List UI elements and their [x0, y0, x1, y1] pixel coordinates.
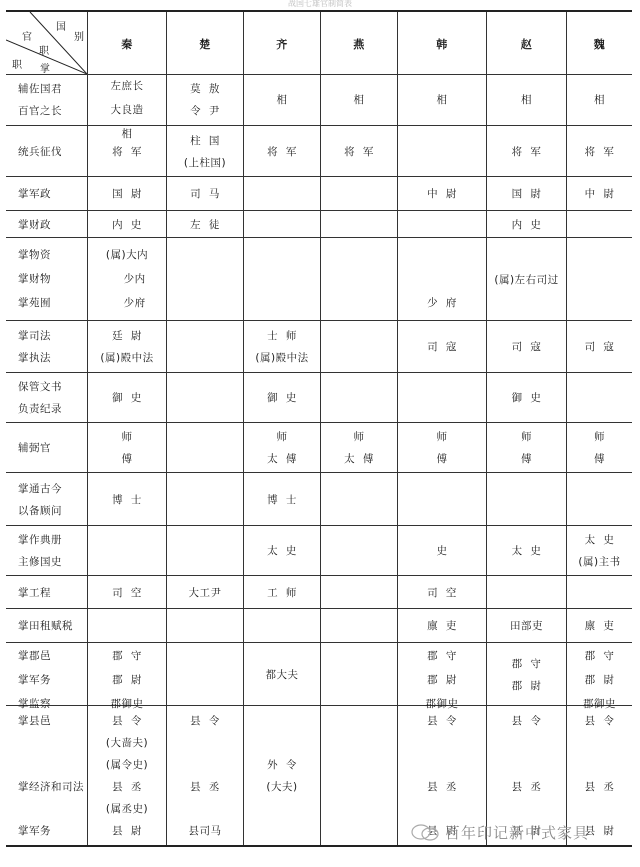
office-cell [320, 176, 397, 210]
cell-text: 太 史 [244, 543, 320, 558]
cell-text: 傅 [88, 451, 166, 466]
cell-text: 县 令 [487, 713, 566, 728]
cell-text: 内 史 [88, 217, 166, 232]
corner-label: 官 [22, 28, 32, 43]
cell-text: 士 师 [244, 328, 320, 343]
cell-text: 齐 [244, 36, 320, 52]
office-cell: 相 [320, 72, 397, 125]
cell-text: (属)大内 [88, 247, 166, 262]
office-cell: 史 [397, 525, 486, 575]
cell-text: 史 [398, 543, 486, 558]
office-cell: 内 史 [486, 210, 566, 237]
office-cell: 御 史 [243, 372, 320, 422]
duty-cell: 掌财政 [6, 210, 87, 237]
office-cell: 县 令(大啬夫)(属令史)县 丞(属丞史)县 尉 [87, 705, 166, 845]
cell-text: (属)左右司过 [487, 272, 566, 287]
cell-text: 相 [321, 92, 397, 107]
office-cell [320, 575, 397, 608]
cell-text: (属)主书 [567, 554, 632, 569]
cell-text: 太 傅 [244, 451, 320, 466]
cell-text: 廷 尉 [88, 328, 166, 343]
cell-text: 御 史 [487, 390, 566, 405]
cell-text: 太 史 [567, 532, 632, 547]
office-cell [166, 422, 243, 472]
office-cell: 司 寇 [397, 320, 486, 372]
table-row: 掌军政国 尉司 马中 尉国 尉中 尉 [6, 176, 632, 211]
duty-cell: 掌田租赋税 [6, 608, 87, 642]
office-cell: 左 徒 [166, 210, 243, 237]
table-row: 掌财政内 史左 徒内 史 [6, 210, 632, 238]
column-header-3: 齐 [243, 12, 320, 74]
cell-text: 县 令 [567, 713, 632, 728]
office-cell [566, 372, 632, 422]
duty-cell: 掌郡邑掌军务掌监察 [6, 642, 87, 705]
office-cell: 国 尉 [87, 176, 166, 210]
cell-text: 掌司法 [6, 328, 87, 343]
office-cell: 师傅 [87, 422, 166, 472]
office-cell: 莫 敖令 尹 [166, 72, 243, 125]
cell-text: 郡 尉 [88, 672, 166, 687]
office-cell: 博 士 [87, 472, 166, 525]
table-caption: 战国七雄官制简表 [0, 0, 640, 8]
cell-text: 柱 国 [167, 133, 243, 148]
cell-text: 掌郡邑 [6, 648, 87, 663]
office-cell [566, 575, 632, 608]
office-cell: 中 尉 [566, 176, 632, 210]
office-cell: 将 军 [486, 125, 566, 176]
office-cell: 相 [486, 72, 566, 125]
duty-cell: 辅弼官 [6, 422, 87, 472]
cell-text: 太 史 [487, 543, 566, 558]
cell-text: 师 [398, 429, 486, 444]
office-cell [320, 608, 397, 642]
cell-text: 县司马 [167, 823, 243, 838]
table-row: 掌田租赋税廪 吏田部吏廪 吏 [6, 608, 632, 643]
corner-label: 国 [56, 18, 66, 33]
cell-text: 莫 敖 [167, 81, 243, 96]
office-cell: 太 史(属)主书 [566, 525, 632, 575]
office-cell [397, 210, 486, 237]
cell-text: 郡 守 [398, 648, 486, 663]
office-cell [566, 210, 632, 237]
cell-text: 司 寇 [487, 339, 566, 354]
cell-text: 国 尉 [88, 186, 166, 201]
column-header-2: 楚 [166, 12, 243, 74]
cell-text: 司 空 [398, 585, 486, 600]
cell-text: 司 寇 [398, 339, 486, 354]
cell-text: 傅 [398, 451, 486, 466]
cell-text: 大良造 [88, 102, 166, 117]
office-cell: 师傅 [397, 422, 486, 472]
office-cell: 国 尉 [486, 176, 566, 210]
cell-text: 燕 [321, 36, 397, 52]
duty-cell: 保管文书负责纪录 [6, 372, 87, 422]
column-header-1: 秦 [87, 12, 166, 74]
cell-text: 郡 守 [88, 648, 166, 663]
cell-text: (大啬夫) [88, 735, 166, 750]
cell-text: 百官之长 [6, 103, 87, 118]
cell-text: (属)殿中法 [88, 350, 166, 365]
cell-text: 博 士 [88, 492, 166, 507]
office-cell [243, 237, 320, 320]
table-row: 辅佐国君百官之长左庶长大良造相莫 敖令 尹相相相相相 [6, 72, 632, 126]
cell-text: 统兵征伐 [6, 144, 87, 159]
cell-text: 司 马 [167, 186, 243, 201]
office-cell [397, 472, 486, 525]
cell-text: 县 令 [398, 713, 486, 728]
cell-text: 傅 [567, 451, 632, 466]
cell-text: 少内 [88, 271, 166, 286]
cell-text: 将 军 [321, 144, 397, 159]
office-cell [243, 608, 320, 642]
table-row: 掌郡邑掌军务掌监察郡 守郡 尉郡御史都大夫郡 守郡 尉郡御史郡 守郡 尉郡 守郡… [6, 642, 632, 706]
column-header-5: 韩 [397, 12, 486, 74]
cell-text: 将 军 [244, 144, 320, 159]
corner-header-cell: 国别官职职掌 [6, 12, 87, 74]
duty-cell: 掌军政 [6, 176, 87, 210]
office-cell: 外 令(大夫) [243, 705, 320, 845]
office-cell [397, 372, 486, 422]
cell-text: 令 尹 [167, 103, 243, 118]
office-cell [87, 608, 166, 642]
office-cell [566, 472, 632, 525]
office-cell [166, 237, 243, 320]
office-cell: 将 军 [87, 125, 166, 176]
office-cell [166, 372, 243, 422]
office-cell: 廪 吏 [397, 608, 486, 642]
cell-text: 师 [244, 429, 320, 444]
cell-text: 左庶长 [88, 78, 166, 93]
cell-text: 保管文书 [6, 379, 87, 394]
cell-text: 掌苑囿 [6, 295, 87, 310]
cell-text: 少府 [88, 295, 166, 310]
office-cell: 士 师(属)殿中法 [243, 320, 320, 372]
cell-text: 中 尉 [567, 186, 632, 201]
cell-text: 将 军 [487, 144, 566, 159]
office-cell [243, 176, 320, 210]
cell-text: 司 寇 [567, 339, 632, 354]
office-cell: 郡 守郡 尉郡御史 [566, 642, 632, 705]
wechat-logo-icon [408, 822, 442, 842]
office-cell: 师傅 [486, 422, 566, 472]
corner-label: 职 [12, 56, 22, 71]
office-cell: 师太 傅 [320, 422, 397, 472]
cell-text: 中 尉 [398, 186, 486, 201]
cell-text: 辅弼官 [6, 440, 87, 455]
cell-text: 掌物资 [6, 247, 87, 262]
cell-text: 主修国史 [6, 554, 87, 569]
office-cell [486, 575, 566, 608]
table-row: 统兵征伐将 军柱 国(上柱国)将 军将 军将 军将 军 [6, 125, 632, 177]
cell-text: 县 丞 [88, 779, 166, 794]
office-cell [320, 525, 397, 575]
cell-text: 将 军 [88, 144, 166, 159]
cell-text: 师 [88, 429, 166, 444]
office-cell: (属)左右司过 [486, 237, 566, 320]
office-cell: 相 [243, 72, 320, 125]
office-cell [166, 472, 243, 525]
office-cell [166, 525, 243, 575]
office-cell: 廪 吏 [566, 608, 632, 642]
cell-text: 掌县邑 [6, 713, 87, 728]
cell-text: (属丞史) [88, 801, 166, 816]
cell-text: 掌军务 [6, 672, 87, 687]
office-cell: (属)大内 少内 少府 [87, 237, 166, 320]
office-cell: 郡 守郡 尉郡御史 [397, 642, 486, 705]
cell-text: 县 丞 [567, 779, 632, 794]
office-cell [166, 642, 243, 705]
cell-text: 负责纪录 [6, 401, 87, 416]
cell-text: (属令史) [88, 757, 166, 772]
header-row: 国别官职职掌秦楚齐燕韩赵魏 [6, 10, 632, 75]
duty-cell: 掌物资掌财物掌苑囿 [6, 237, 87, 320]
office-cell [166, 608, 243, 642]
cell-text: 师 [567, 429, 632, 444]
office-cell: 司 寇 [486, 320, 566, 372]
table-row: 掌工程司 空大工尹工 师司 空 [6, 575, 632, 609]
cell-text: 将 军 [567, 144, 632, 159]
cell-text: 太 傅 [321, 451, 397, 466]
table-row: 掌作典册主修国史太 史史太 史太 史(属)主书 [6, 525, 632, 576]
office-cell: 将 军 [566, 125, 632, 176]
office-cell: 将 军 [243, 125, 320, 176]
office-cell [166, 320, 243, 372]
office-cell: 郡 守郡 尉 [486, 642, 566, 705]
cell-text: 县 令 [88, 713, 166, 728]
office-cell: 田部吏 [486, 608, 566, 642]
corner-label: 别 [74, 28, 84, 43]
cell-text: 相 [487, 92, 566, 107]
cell-text: 掌通古今 [6, 481, 87, 496]
table-row: 掌物资掌财物掌苑囿(属)大内 少内 少府少 府(属)左右司过 [6, 237, 632, 321]
table-row: 保管文书负责纪录御 史御 史御 史 [6, 372, 632, 423]
cell-text: 掌执法 [6, 350, 87, 365]
cell-text: 都大夫 [244, 667, 320, 682]
table-row: 掌司法掌执法廷 尉(属)殿中法士 师(属)殿中法司 寇司 寇司 寇 [6, 320, 632, 373]
office-cell: 中 尉 [397, 176, 486, 210]
office-cell [243, 210, 320, 237]
office-cell [320, 320, 397, 372]
cell-text: 大工尹 [167, 585, 243, 600]
duty-cell: 掌作典册主修国史 [6, 525, 87, 575]
office-cell: 司 寇 [566, 320, 632, 372]
cell-text: 司 空 [88, 585, 166, 600]
cell-text: 秦 [88, 36, 166, 52]
office-cell [87, 525, 166, 575]
office-cell: 少 府 [397, 237, 486, 320]
duty-cell: 辅佐国君百官之长 [6, 72, 87, 125]
cell-text: 韩 [398, 36, 486, 52]
cell-text: 辅佐国君 [6, 81, 87, 96]
cell-text: 相 [567, 92, 632, 107]
office-cell: 相 [397, 72, 486, 125]
cell-text: 师 [487, 429, 566, 444]
cell-text: 掌财政 [6, 217, 87, 232]
cell-text: 少 府 [398, 295, 486, 310]
duty-cell: 掌县邑掌经济和司法掌军务 [6, 705, 87, 845]
cell-text: (属)殿中法 [244, 350, 320, 365]
office-cell: 廷 尉(属)殿中法 [87, 320, 166, 372]
cell-text: 赵 [487, 36, 566, 52]
office-cell: 太 史 [486, 525, 566, 575]
cell-text: 县 丞 [398, 779, 486, 794]
cell-text: 廪 吏 [398, 618, 486, 633]
cell-text: 掌军政 [6, 186, 87, 201]
cell-text: 郡 尉 [567, 672, 632, 687]
office-cell [320, 705, 397, 845]
cell-text: 魏 [567, 36, 632, 52]
cell-text: 县 令 [167, 713, 243, 728]
office-cell: 司 空 [397, 575, 486, 608]
office-cell: 郡 守郡 尉郡御史 [87, 642, 166, 705]
cell-text: 掌田租赋税 [6, 618, 87, 633]
cell-text: (上柱国) [167, 155, 243, 170]
duty-cell: 掌司法掌执法 [6, 320, 87, 372]
cell-text: (大夫) [244, 779, 320, 794]
office-cell [486, 472, 566, 525]
office-cell: 县 令县 丞县司马 [166, 705, 243, 845]
office-cell: 御 史 [87, 372, 166, 422]
office-cell [320, 372, 397, 422]
cell-text: 以备顾问 [6, 503, 87, 518]
cell-text: 郡 守 [487, 656, 566, 671]
cell-text: 楚 [167, 36, 243, 52]
column-header-6: 赵 [486, 12, 566, 74]
cell-text: 廪 吏 [567, 618, 632, 633]
column-header-7: 魏 [566, 12, 632, 74]
cell-text: 御 史 [88, 390, 166, 405]
cell-text: 掌财物 [6, 271, 87, 286]
duty-cell: 统兵征伐 [6, 125, 87, 176]
office-cell: 司 空 [87, 575, 166, 608]
office-cell: 太 史 [243, 525, 320, 575]
cell-text: 相 [398, 92, 486, 107]
cell-text: 傅 [487, 451, 566, 466]
office-cell [320, 210, 397, 237]
office-cell [566, 237, 632, 320]
cell-text: 掌工程 [6, 585, 87, 600]
watermark-text: 百年印记新中式家具 [445, 822, 589, 843]
cell-text: 郡 尉 [398, 672, 486, 687]
cell-text: 田部吏 [487, 618, 566, 633]
office-cell: 博 士 [243, 472, 320, 525]
cell-text: 御 史 [244, 390, 320, 405]
office-cell: 都大夫 [243, 642, 320, 705]
office-cell [397, 125, 486, 176]
office-cell: 左庶长大良造相 [87, 72, 166, 125]
cell-text: 师 [321, 429, 397, 444]
cell-text: 相 [244, 92, 320, 107]
cell-text: 郡 守 [567, 648, 632, 663]
cell-text: 国 尉 [487, 186, 566, 201]
cell-text: 内 史 [487, 217, 566, 232]
office-cell [320, 642, 397, 705]
cell-text: 左 徒 [167, 217, 243, 232]
cell-text: 博 士 [244, 492, 320, 507]
table-row: 辅弼官师傅师太 傅师太 傅师傅师傅师傅 [6, 422, 632, 473]
duty-cell: 掌通古今以备顾问 [6, 472, 87, 525]
cell-text: 郡 尉 [487, 678, 566, 693]
cell-text: 县 尉 [88, 823, 166, 838]
office-cell: 师太 傅 [243, 422, 320, 472]
cell-text: 县 丞 [487, 779, 566, 794]
office-cell: 柱 国(上柱国) [166, 125, 243, 176]
office-cell [320, 472, 397, 525]
office-cell: 师傅 [566, 422, 632, 472]
office-cell: 将 军 [320, 125, 397, 176]
cell-text: 外 令 [244, 757, 320, 772]
office-cell [320, 237, 397, 320]
column-header-4: 燕 [320, 12, 397, 74]
cell-text: 县 丞 [167, 779, 243, 794]
table-row: 掌通古今以备顾问博 士博 士 [6, 472, 632, 526]
cell-text: 掌军务 [6, 823, 87, 838]
office-cell: 工 师 [243, 575, 320, 608]
corner-label: 职 [39, 42, 49, 57]
office-cell: 御 史 [486, 372, 566, 422]
office-cell: 司 马 [166, 176, 243, 210]
office-cell: 相 [566, 72, 632, 125]
cell-text: 掌作典册 [6, 532, 87, 547]
duty-cell: 掌工程 [6, 575, 87, 608]
cell-text: 掌经济和司法 [6, 779, 87, 794]
office-cell: 大工尹 [166, 575, 243, 608]
office-cell: 内 史 [87, 210, 166, 237]
cell-text: 工 师 [244, 585, 320, 600]
